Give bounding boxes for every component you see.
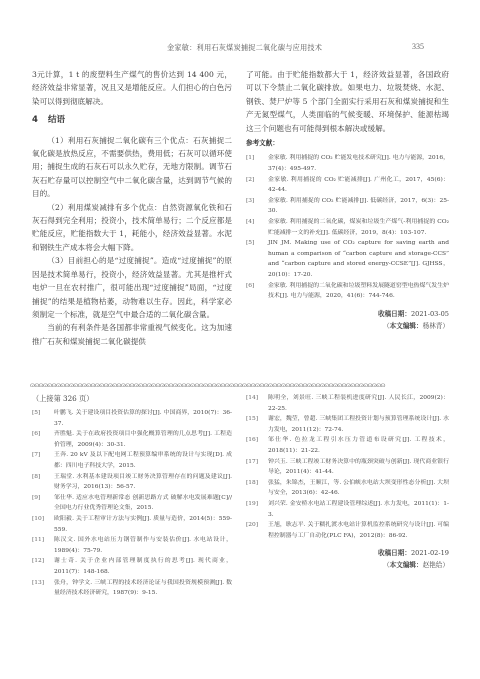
- editor-name: 杨林青: [423, 322, 443, 330]
- editor-label: 本文编辑：: [390, 561, 423, 569]
- references-list: [1]金家敏. 利用捕捉的 CO₂ 贮能发电技术研究[J]. 电力与能源，201…: [246, 153, 449, 301]
- section-heading: 4结语: [32, 114, 232, 127]
- received-label: 收稿日期：: [378, 310, 411, 318]
- section-divider: ɷɷɷɷɷɷɷɷɷɷɷɷɷɷɷɷɷɷɷɷɷɷɷɷɷɷɷɷɷɷɷɷɷɷɷɷɷɷɷɷ…: [30, 383, 454, 389]
- reference-item: [20]王旭，耿志平. 关于糯扎渡水电站计算机监控系统研究与设计[J]. 可编程…: [246, 520, 449, 541]
- reference-item: [3]金家敏. 利用捕捉的 CO₂ 贮能减排[J]. 低碳经济，2017，6(3…: [246, 196, 449, 217]
- reference-item: [12]谢士奇. 关于企业内部管理制度执行的思考[J]. 现代商业，2011(7…: [32, 556, 232, 577]
- reference-item: [6]齐胜魁. 关于在政府投资项目中强化概算管理的几点思考[J]. 工程造价管理…: [32, 429, 232, 450]
- running-header: 金家敏：利用石灰煤炭捕捉二氧化碳与应用技术 335: [0, 43, 480, 57]
- reference-item: [10]欧阳毅. 关于工程审计方法与实例[J]. 质量与造价，2014(5)：5…: [32, 514, 232, 535]
- received-date: 2021-02-19: [411, 549, 449, 557]
- intro-paragraph: 3元计算，1 t 的废塑料生产煤气的售价达到 14 400 元，经济效益非常显著…: [32, 68, 232, 108]
- right-column: 了可能。由于贮能指数都大于 1，经济效益显著，各国政府可以下令禁止二氧化碳排放。…: [246, 68, 449, 332]
- conclusion-paragraph-4: 当前的有利条件是各国都非常重视气候变化。这为加速推广石灰和煤炭捕捉二氧化碳提供: [32, 321, 232, 348]
- continued-note: （上接第 326 页）: [32, 394, 93, 404]
- reference-item: [14]陈明全，刘景旺. 三峡工程装机进度研究[J]. 人民长江，2009(2)…: [246, 393, 449, 414]
- conclusion-paragraph-1: （1）利用石灰捕捉二氧化碳有三个优点：石灰捕捉二氧化碳是放热反应，不需要供热，费…: [32, 134, 232, 201]
- reference-item: [5]JIN JM. Making use of CO₂ capture for…: [246, 238, 449, 280]
- editor-label: 本文编辑：: [390, 322, 423, 330]
- reference-item: [9]邹仕华. 适应水电管理新常态 创新思路方式 破解水电发展难题[C]//全国…: [32, 493, 232, 514]
- references-title: 参考文献：: [246, 137, 449, 150]
- bottom-received-info: 收稿日期：2021-02-19 （本文编辑：赵艳给）: [246, 547, 449, 571]
- reference-item: [16]邹仕华. 色拉龙工程引水压力管道布设研究[J]. 工程技术，2018(1…: [246, 435, 449, 456]
- editor-name: 赵艳给: [423, 561, 443, 569]
- conclusion-paragraph-3: （3）目前担心的是“过度捕捉”。造成“过度捕捉”的原因是技术简单易行，投资小，经…: [32, 254, 232, 321]
- bottom-left-references: [5]叶鹏飞. 关于建设项目投资估算的探讨[J]. 中国商界，2010(7)：3…: [32, 408, 232, 599]
- reference-item: [18]张猛，朱锦杰，王顺江，等. 公伯峡水电站大坝变形性态分析[J]. 大坝与…: [246, 478, 449, 499]
- right-paragraph: 了可能。由于贮能指数都大于 1，经济效益显著，各国政府可以下令禁止二氧化碳排放。…: [246, 68, 449, 135]
- page-number: 335: [412, 42, 424, 51]
- received-date: 2021-03-05: [411, 310, 449, 318]
- reference-item: [1]金家敏. 利用捕捉的 CO₂ 贮能发电技术研究[J]. 电力与能源，201…: [246, 153, 449, 174]
- conclusion-paragraph-2: （2）利用煤炭减排有多个优点：自然资源氧化铁和石灰石得到完全利用；投资小，技术简…: [32, 201, 232, 255]
- reference-item: [17]钟兴玉. 三峡工程竣工财务决算中的瓶颈突破与创新[J]. 现代商业银行导…: [246, 457, 449, 478]
- bottom-right-references: [14]陈明全，刘景旺. 三峡工程装机进度研究[J]. 人民长江，2009(2)…: [246, 393, 449, 571]
- received-info: 收稿日期：2021-03-05 （本文编辑：杨林青）: [246, 308, 449, 332]
- reference-item: [4]金家敏. 利用捕捉的二氧化碳，煤炭和垃圾生产煤气-利用捕捉的 CO₂ 贮能…: [246, 217, 449, 238]
- left-column: 3元计算，1 t 的废塑料生产煤气的售价达到 14 400 元，经济效益非常显著…: [32, 68, 232, 348]
- received-label: 收稿日期：: [378, 549, 411, 557]
- reference-item: [15]谢宏，魏莹，曾超. 三峡集团工程投资计划与预算管理系统设计[J]. 水力…: [246, 414, 449, 435]
- reference-item: [19]刘兴荣. 金安桥水电站工程建设管理综述[J]. 水力发电，2011(1)…: [246, 499, 449, 520]
- reference-item: [5]叶鹏飞. 关于建设项目投资估算的探讨[J]. 中国商界，2010(7)：3…: [32, 408, 232, 429]
- reference-item: [8]王瑞堂. 水利基本建设项目竣工财务决算管理存在的问题及建议[J]. 财务学…: [32, 472, 232, 493]
- reference-item: [11]陈汉文. 国外水电站压力钢管制作与安装估价[J]. 水电站设计，1989…: [32, 535, 232, 556]
- section-title: 结语: [48, 115, 65, 125]
- reference-item: [6]金家敏. 利用捕捉的二氧化碳和垃圾塑料发展隧道窑型电热煤气发生炉技术[J]…: [246, 281, 449, 302]
- section-number: 4: [32, 114, 48, 127]
- reference-item: [2]金家敏. 利用捕捉的 CO₂ 贮能减排[J]. 广州化工，2017，45(…: [246, 175, 449, 196]
- running-title: 金家敏：利用石灰煤炭捕捉二氧化碳与应用技术: [167, 43, 322, 53]
- reference-item: [7]王奔. 20 kV 及以下配电网工程预算编审系统的设计与实现[D]. 成都…: [32, 450, 232, 471]
- reference-item: [13]张舟，钟学文. 三峡工程的技术经济论证与我国投资规模预测[J]. 数量经…: [32, 578, 232, 599]
